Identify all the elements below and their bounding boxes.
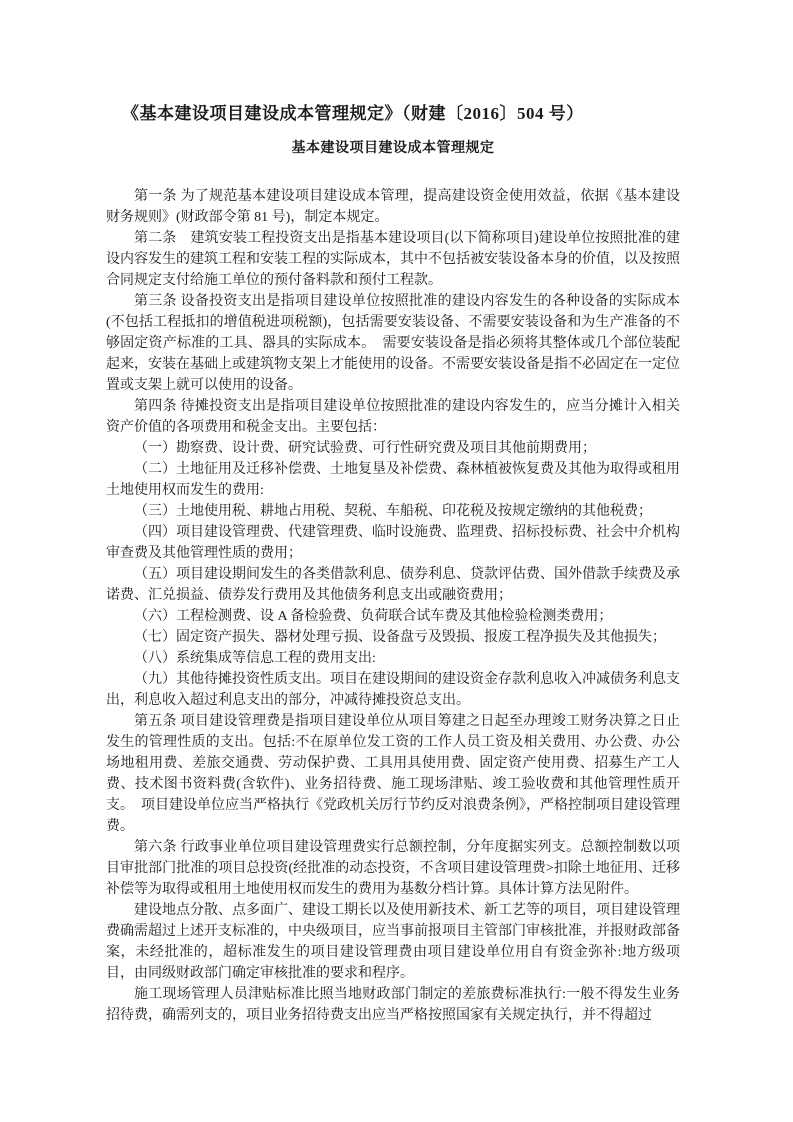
body-paragraph: 施工现场管理人员津贴标准比照当地财政部门制定的差旅费标准执行:一般不得发生业务招… bbox=[106, 984, 680, 1026]
body-paragraph-item: （八）系统集成等信息工程的费用支出: bbox=[106, 648, 680, 669]
document-title: 《基本建设项目建设成本管理规定》（财建〔2016〕504 号） bbox=[106, 103, 680, 125]
body-paragraph-item: （五）项目建设期间发生的各类借款利息、债券利息、贷款评估费、国外借款手续费及承诺… bbox=[106, 564, 680, 606]
body-paragraph: 第三条 设备投资支出是指项目建设单位按照批准的建设内容发生的各种设备的实际成本(… bbox=[106, 291, 680, 396]
body-paragraph-item: （四）项目建设管理费、代建管理费、临时设施费、监理费、招标投标费、社会中介机构审… bbox=[106, 522, 680, 564]
body-paragraph: 第六条 行政事业单位项目建设管理费实行总额控制，分年度据实列支。总额控制数以项目… bbox=[106, 837, 680, 900]
body-paragraph-item: （九）其他待摊投资性质支出。项目在建设期间的建设资金存款利息收入冲减债务利息支出… bbox=[106, 669, 680, 711]
body-paragraph: 第四条 待摊投资支出是指项目建设单位按照批准的建设内容发生的，应当分摊计入相关资… bbox=[106, 396, 680, 438]
body-paragraph-item: （二）土地征用及迁移补偿费、土地复垦及补偿费、森林植被恢复费及其他为取得或租用土… bbox=[106, 459, 680, 501]
body-paragraph: 建设地点分散、点多面广、建设工期长以及使用新技术、新工艺等的项目，项目建设管理费… bbox=[106, 900, 680, 984]
body-paragraph: 第一条 为了规范基本建设项目建设成本管理，提高建设资金使用效益，依据《基本建设财… bbox=[106, 186, 680, 228]
body-paragraph: 第五条 项目建设管理费是指项目建设单位从项目筹建之日起至办理竣工财务决算之日止发… bbox=[106, 711, 680, 837]
document-page: 《基本建设项目建设成本管理规定》（财建〔2016〕504 号） 基本建设项目建设… bbox=[0, 0, 793, 1122]
body-paragraph-item: （三）土地使用税、耕地占用税、契税、车船税、印花税及按规定缴纳的其他税费； bbox=[106, 501, 680, 522]
body-paragraph-item: （七）固定资产损失、器材处理亏损、设备盘亏及毁损、报废工程净损失及其他损失； bbox=[106, 627, 680, 648]
body-paragraph-item: （一）勘察费、设计费、研究试验费、可行性研究费及项目其他前期费用； bbox=[106, 438, 680, 459]
body-paragraph: 第二条 建筑安装工程投资支出是指基本建设项目(以下简称项目)建设单位按照批准的建… bbox=[106, 228, 680, 291]
body-paragraph-item: （六）工程检测费、设 A 备检验费、负荷联合试车费及其他检验检测类费用； bbox=[106, 606, 680, 627]
document-body: 第一条 为了规范基本建设项目建设成本管理，提高建设资金使用效益，依据《基本建设财… bbox=[106, 186, 680, 1026]
document-subtitle: 基本建设项目建设成本管理规定 bbox=[106, 140, 680, 158]
